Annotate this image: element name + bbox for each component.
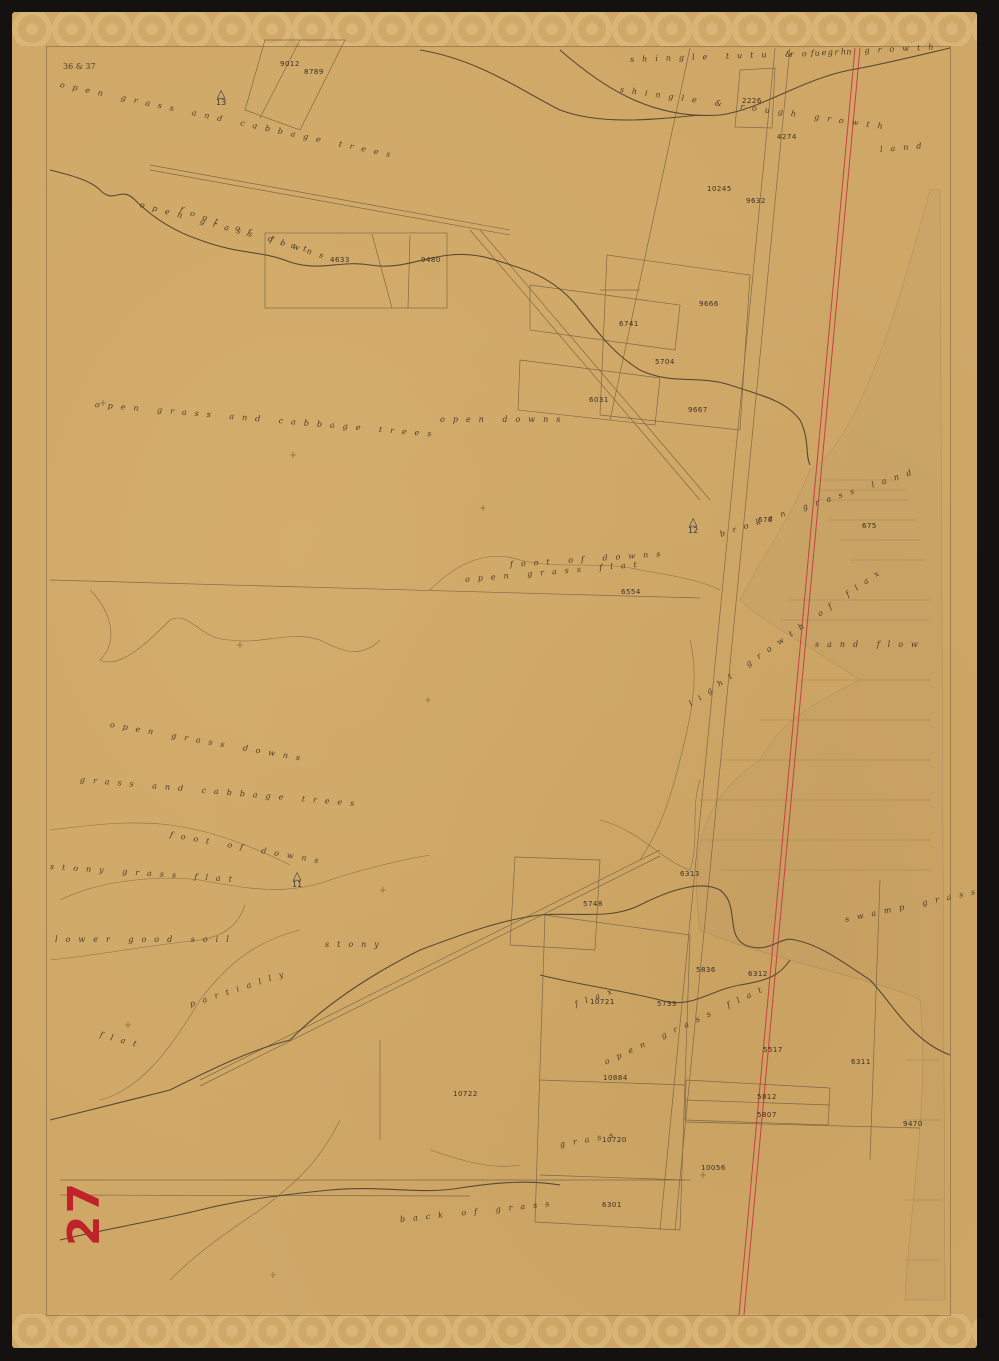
terrain-label: sand flow bbox=[815, 640, 926, 649]
lot-number-label: 9667 bbox=[688, 406, 708, 414]
lot-number-label: 9012 bbox=[280, 60, 300, 68]
lot-number-label: 675 bbox=[862, 522, 877, 530]
lot-number-label: 9480 bbox=[421, 256, 441, 264]
lot-number-label: 10722 bbox=[453, 1090, 478, 1098]
lot-number-label: 6554 bbox=[621, 588, 641, 596]
triangle-icon: △ bbox=[216, 89, 226, 98]
triangle-icon: △ bbox=[688, 517, 698, 526]
lot-number-label: 10884 bbox=[603, 1074, 628, 1082]
lot-number-label: 5517 bbox=[763, 1046, 783, 1054]
lot-number-label: 6313 bbox=[680, 870, 700, 878]
lot-number-label: 8789 bbox=[304, 68, 324, 76]
sheet-number: 27 bbox=[59, 1181, 110, 1246]
lot-number-label: 9470 bbox=[903, 1120, 923, 1128]
trig-station: △13 bbox=[216, 89, 226, 107]
lot-number-label: 5807 bbox=[757, 1111, 777, 1119]
lot-number-label: 9632 bbox=[746, 197, 766, 205]
trig-station-number: 13 bbox=[216, 98, 226, 107]
lot-number-label: 5812 bbox=[757, 1093, 777, 1101]
lot-number-label: 6311 bbox=[851, 1058, 871, 1066]
terrain-label: open downs bbox=[440, 415, 568, 424]
trig-station: △11 bbox=[292, 871, 302, 889]
lot-number-label: 6301 bbox=[602, 1201, 622, 1209]
lot-number-label: 10245 bbox=[707, 185, 732, 193]
terrain-label: lower good soil bbox=[55, 935, 237, 944]
lot-number-label: 5733 bbox=[657, 1000, 677, 1008]
lot-number-label: 5836 bbox=[696, 966, 716, 974]
lot-number-label: 6312 bbox=[748, 970, 768, 978]
trig-station-number: 11 bbox=[292, 880, 302, 889]
lot-number-label: 6031 bbox=[589, 396, 609, 404]
trig-station-number: 12 bbox=[688, 526, 698, 535]
lot-number-label: 9666 bbox=[699, 300, 719, 308]
triangle-icon: △ bbox=[292, 871, 302, 880]
terrain-label: stony bbox=[325, 940, 387, 949]
lot-number-label: 5704 bbox=[655, 358, 675, 366]
trig-station: △12 bbox=[688, 517, 698, 535]
streams bbox=[50, 556, 720, 1280]
swamp-hatching bbox=[697, 190, 945, 1300]
lot-number-label: 4274 bbox=[777, 133, 797, 141]
lot-number-label: 6741 bbox=[619, 320, 639, 328]
lot-number-label: 10056 bbox=[701, 1164, 726, 1172]
lot-number-label: 4633 bbox=[330, 256, 350, 264]
lot-number-label: 5748 bbox=[583, 900, 603, 908]
sheet-reference: 36 & 37 bbox=[63, 62, 96, 71]
